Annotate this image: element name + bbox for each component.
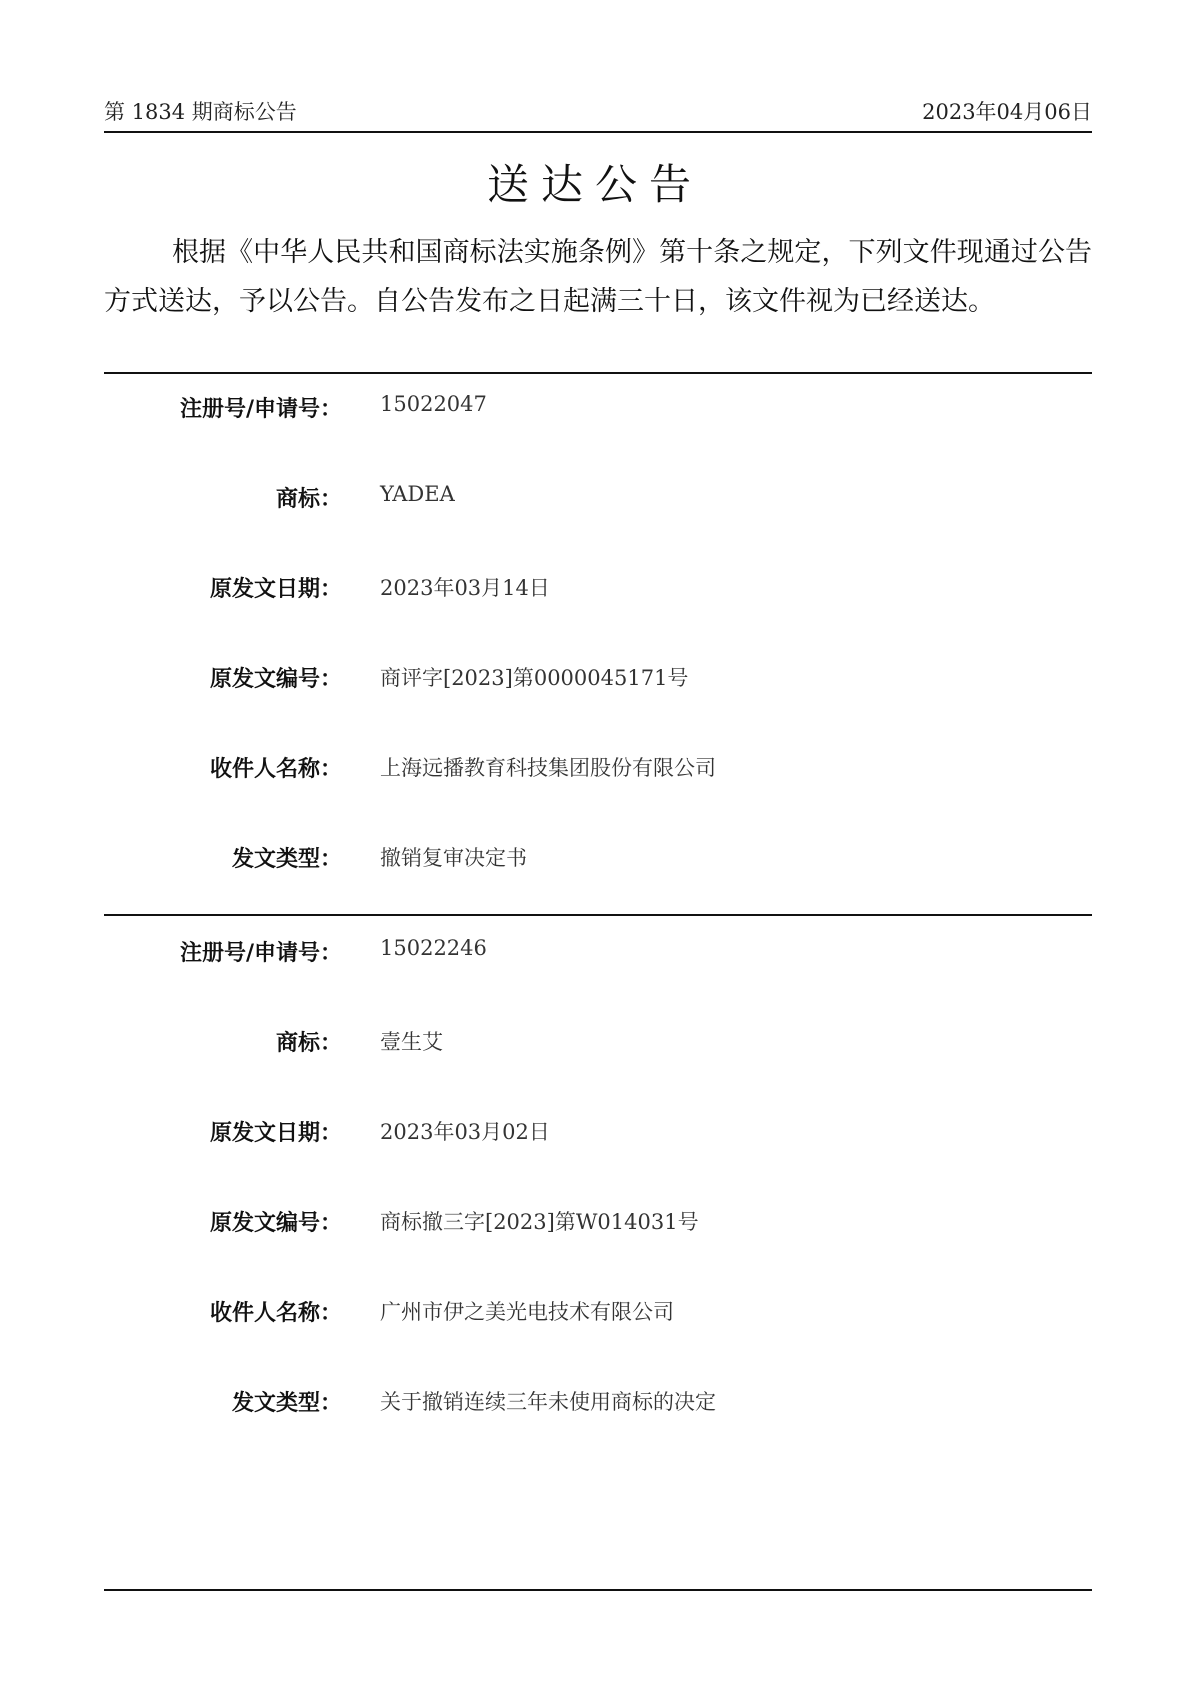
value-trademark: 壹生艾 (380, 1026, 443, 1056)
field-trademark: 商标： 壹生艾 (104, 1026, 1092, 1056)
field-reg-no: 注册号/申请号： 15022047 (104, 392, 1092, 422)
value-recipient: 上海远播教育科技集团股份有限公司 (380, 752, 716, 782)
field-doc-type: 发文类型： 关于撤销连续三年未使用商标的决定 (104, 1386, 1092, 1416)
issue-number: 第 1834 期商标公告 (104, 96, 297, 126)
field-doc-type: 发文类型： 撤销复审决定书 (104, 842, 1092, 872)
value-reg-no: 15022246 (380, 936, 487, 960)
record-divider-2 (104, 914, 1092, 916)
page-title: 送达公告 (0, 152, 1190, 212)
label-orig-date: 原发文日期： (82, 572, 342, 603)
label-doc-type: 发文类型： (82, 842, 342, 873)
field-orig-date: 原发文日期： 2023年03月14日 (104, 572, 1092, 602)
label-orig-date: 原发文日期： (82, 1116, 342, 1147)
record-divider-1 (104, 372, 1092, 374)
footer-divider (104, 1589, 1092, 1591)
field-recipient: 收件人名称： 上海远播教育科技集团股份有限公司 (104, 752, 1092, 782)
value-doc-type: 撤销复审决定书 (380, 842, 527, 872)
field-orig-no: 原发文编号： 商标撤三字[2023]第W014031号 (104, 1206, 1092, 1236)
header-divider (104, 131, 1092, 133)
value-doc-type: 关于撤销连续三年未使用商标的决定 (380, 1386, 716, 1416)
value-trademark: YADEA (380, 482, 455, 506)
field-orig-date: 原发文日期： 2023年03月02日 (104, 1116, 1092, 1146)
value-reg-no: 15022047 (380, 392, 487, 416)
issue-date: 2023年04月06日 (922, 96, 1092, 126)
label-recipient: 收件人名称： (82, 752, 342, 783)
field-orig-no: 原发文编号： 商评字[2023]第0000045171号 (104, 662, 1092, 692)
field-trademark: 商标： YADEA (104, 482, 1092, 512)
value-recipient: 广州市伊之美光电技术有限公司 (380, 1296, 674, 1326)
label-orig-no: 原发文编号： (82, 1206, 342, 1237)
value-orig-date: 2023年03月02日 (380, 1116, 550, 1146)
value-orig-date: 2023年03月14日 (380, 572, 550, 602)
value-orig-no: 商标撤三字[2023]第W014031号 (380, 1206, 699, 1236)
intro-paragraph: 根据《中华人民共和国商标法实施条例》第十条之规定，下列文件现通过公告方式送达，予… (104, 228, 1092, 326)
label-reg-no: 注册号/申请号： (82, 392, 342, 423)
label-orig-no: 原发文编号： (82, 662, 342, 693)
label-reg-no: 注册号/申请号： (82, 936, 342, 967)
field-reg-no: 注册号/申请号： 15022246 (104, 936, 1092, 966)
field-recipient: 收件人名称： 广州市伊之美光电技术有限公司 (104, 1296, 1092, 1326)
value-orig-no: 商评字[2023]第0000045171号 (380, 662, 688, 692)
label-recipient: 收件人名称： (82, 1296, 342, 1327)
label-doc-type: 发文类型： (82, 1386, 342, 1417)
label-trademark: 商标： (82, 1026, 342, 1057)
label-trademark: 商标： (82, 482, 342, 513)
